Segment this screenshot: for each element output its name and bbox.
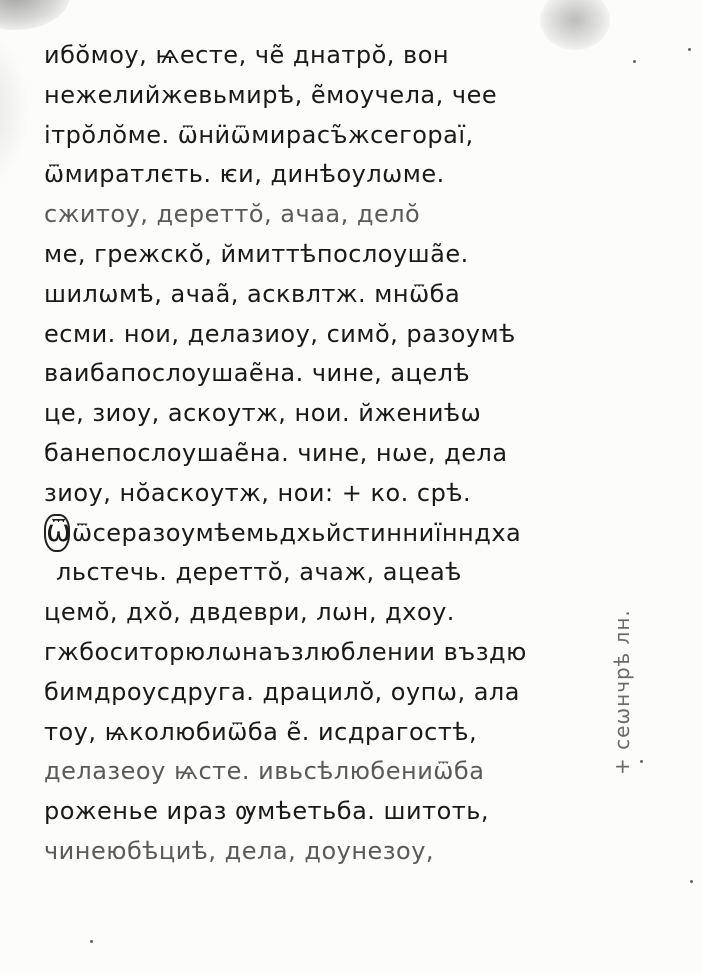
text-line-8: есми. нои, делазиоу, симо̆, разоумѣ <box>44 315 604 355</box>
page-shadow-left <box>0 30 30 190</box>
text-line-15: цемо̆, дхо̆, двдеври, лѡн, дхоу. <box>44 593 604 633</box>
text-line-5: сжитоу, деретто̆, ачаа, дело̆ <box>44 195 604 235</box>
text-line-12: зиоу, но̆аскоутж, нои: + ко. срѣ. <box>44 474 604 514</box>
text-line-17: бимдроусдруга. драцило̆, оупѡ, ала <box>44 673 604 713</box>
ink-smudge-top-left <box>0 0 70 30</box>
text-line-7: шилѡмѣ, ачаа̃, асквлтж. мнѿба <box>44 275 604 315</box>
speck <box>640 760 643 763</box>
text-line-21: чинеюбѣциѣ, дела, доунезоу, <box>44 832 604 872</box>
speck <box>690 880 693 883</box>
decorated-initial: ѿ <box>44 514 70 552</box>
speck <box>688 48 691 51</box>
speck <box>90 940 93 943</box>
text-line-3: ітро̆ло̆ме. ѿнӥѿмирасъ̃жсегораї, <box>44 116 604 156</box>
text-line-4: ѿмиратлєть. ѥи, динѣоулѡме. <box>44 155 604 195</box>
manuscript-page: ибо̆моу, ѩесте, че̃ днатро̆, вон нежелий… <box>0 0 702 973</box>
text-line-9: ваибапослоушае̃на. чине, ацелѣ <box>44 354 604 394</box>
text-line-18: тоу, ѩколюбиѿба е̃. исдрагостѣ, <box>44 713 604 753</box>
text-line-20: роженье ираз ѹмѣетьба. шитоть, <box>44 792 604 832</box>
speck <box>633 60 636 63</box>
text-line-14: льстечь. деретто̆, ачаж, ацеаѣ <box>44 553 604 593</box>
text-line-1: ибо̆моу, ѩесте, че̃ днатро̆, вон <box>44 36 604 76</box>
manuscript-text: ибо̆моу, ѩесте, че̃ днатро̆, вон нежелий… <box>44 36 604 872</box>
text-line-2: нежелийжевьмирѣ, е̃моучела, чее <box>44 76 604 116</box>
text-line-13-with-initial: ѿѿсеразоумѣемьдхьйстинниїнндха <box>44 514 604 554</box>
text-line-6: ме, грежско̆, ймиттѣпослоуша̃е. <box>44 235 604 275</box>
marginal-annotation: + сеѡнчрѣ лн. <box>610 535 640 775</box>
text-line-16: гжбоситорюлѡнаъзлюблении въздю <box>44 633 604 673</box>
text-line-19: делазеоу ѩсте. ивьсѣлюбениѿба <box>44 752 604 792</box>
text-line-11: банепослоушае̃на. чине, нѡе, дела <box>44 434 604 474</box>
text-line-10: це, зиоу, аскоутж, нои. йжениѣѡ <box>44 394 604 434</box>
text-line-13: ѿсеразоумѣемьдхьйстинниїнндха <box>72 519 521 547</box>
